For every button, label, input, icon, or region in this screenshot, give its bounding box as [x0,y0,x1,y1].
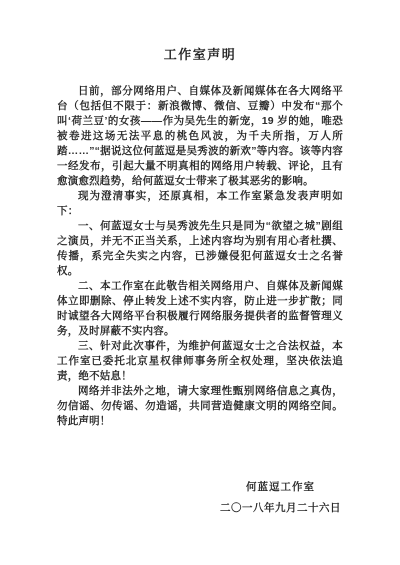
signature-block: 何蓝逗工作室 二〇一八年九月二十六日 [220,480,341,516]
paragraph-point-one: 一、何蓝逗女士与吴秀波先生只是同为“欲望之城”剧组之演员，并无不正当关系，上述内… [57,219,343,279]
signature-name: 何蓝逗工作室 [220,480,341,495]
document-title: 工作室声明 [57,44,343,63]
paragraph-point-two: 二、本工作室在此敬告相关网络用户、自媒体及新闻媒体立即删除、停止转发上述不实内容… [57,279,343,339]
paragraph-point-three: 三、针对此次事件，为维护何蓝逗女士之合法权益，本工作室已委托北京星权律师事务所全… [57,339,343,384]
paragraph-clarification-lead: 现为澄清事实，还原真相，本工作室紧急发表声明如下： [57,189,343,219]
signature-date: 二〇一八年九月二十六日 [220,501,341,516]
paragraph-closing: 网络并非法外之地，请大家理性甄别网络信息之真伪，勿信谣、勿传谣、勿造谣，共同营造… [57,384,343,429]
paragraph-intro: 日前，部分网络用户、自媒体及新闻媒体在各大网络平台（包括但不限于：新浪微博、微信… [57,84,343,189]
statement-document: 工作室声明 日前，部分网络用户、自媒体及新闻媒体在各大网络平台（包括但不限于：新… [0,0,400,565]
